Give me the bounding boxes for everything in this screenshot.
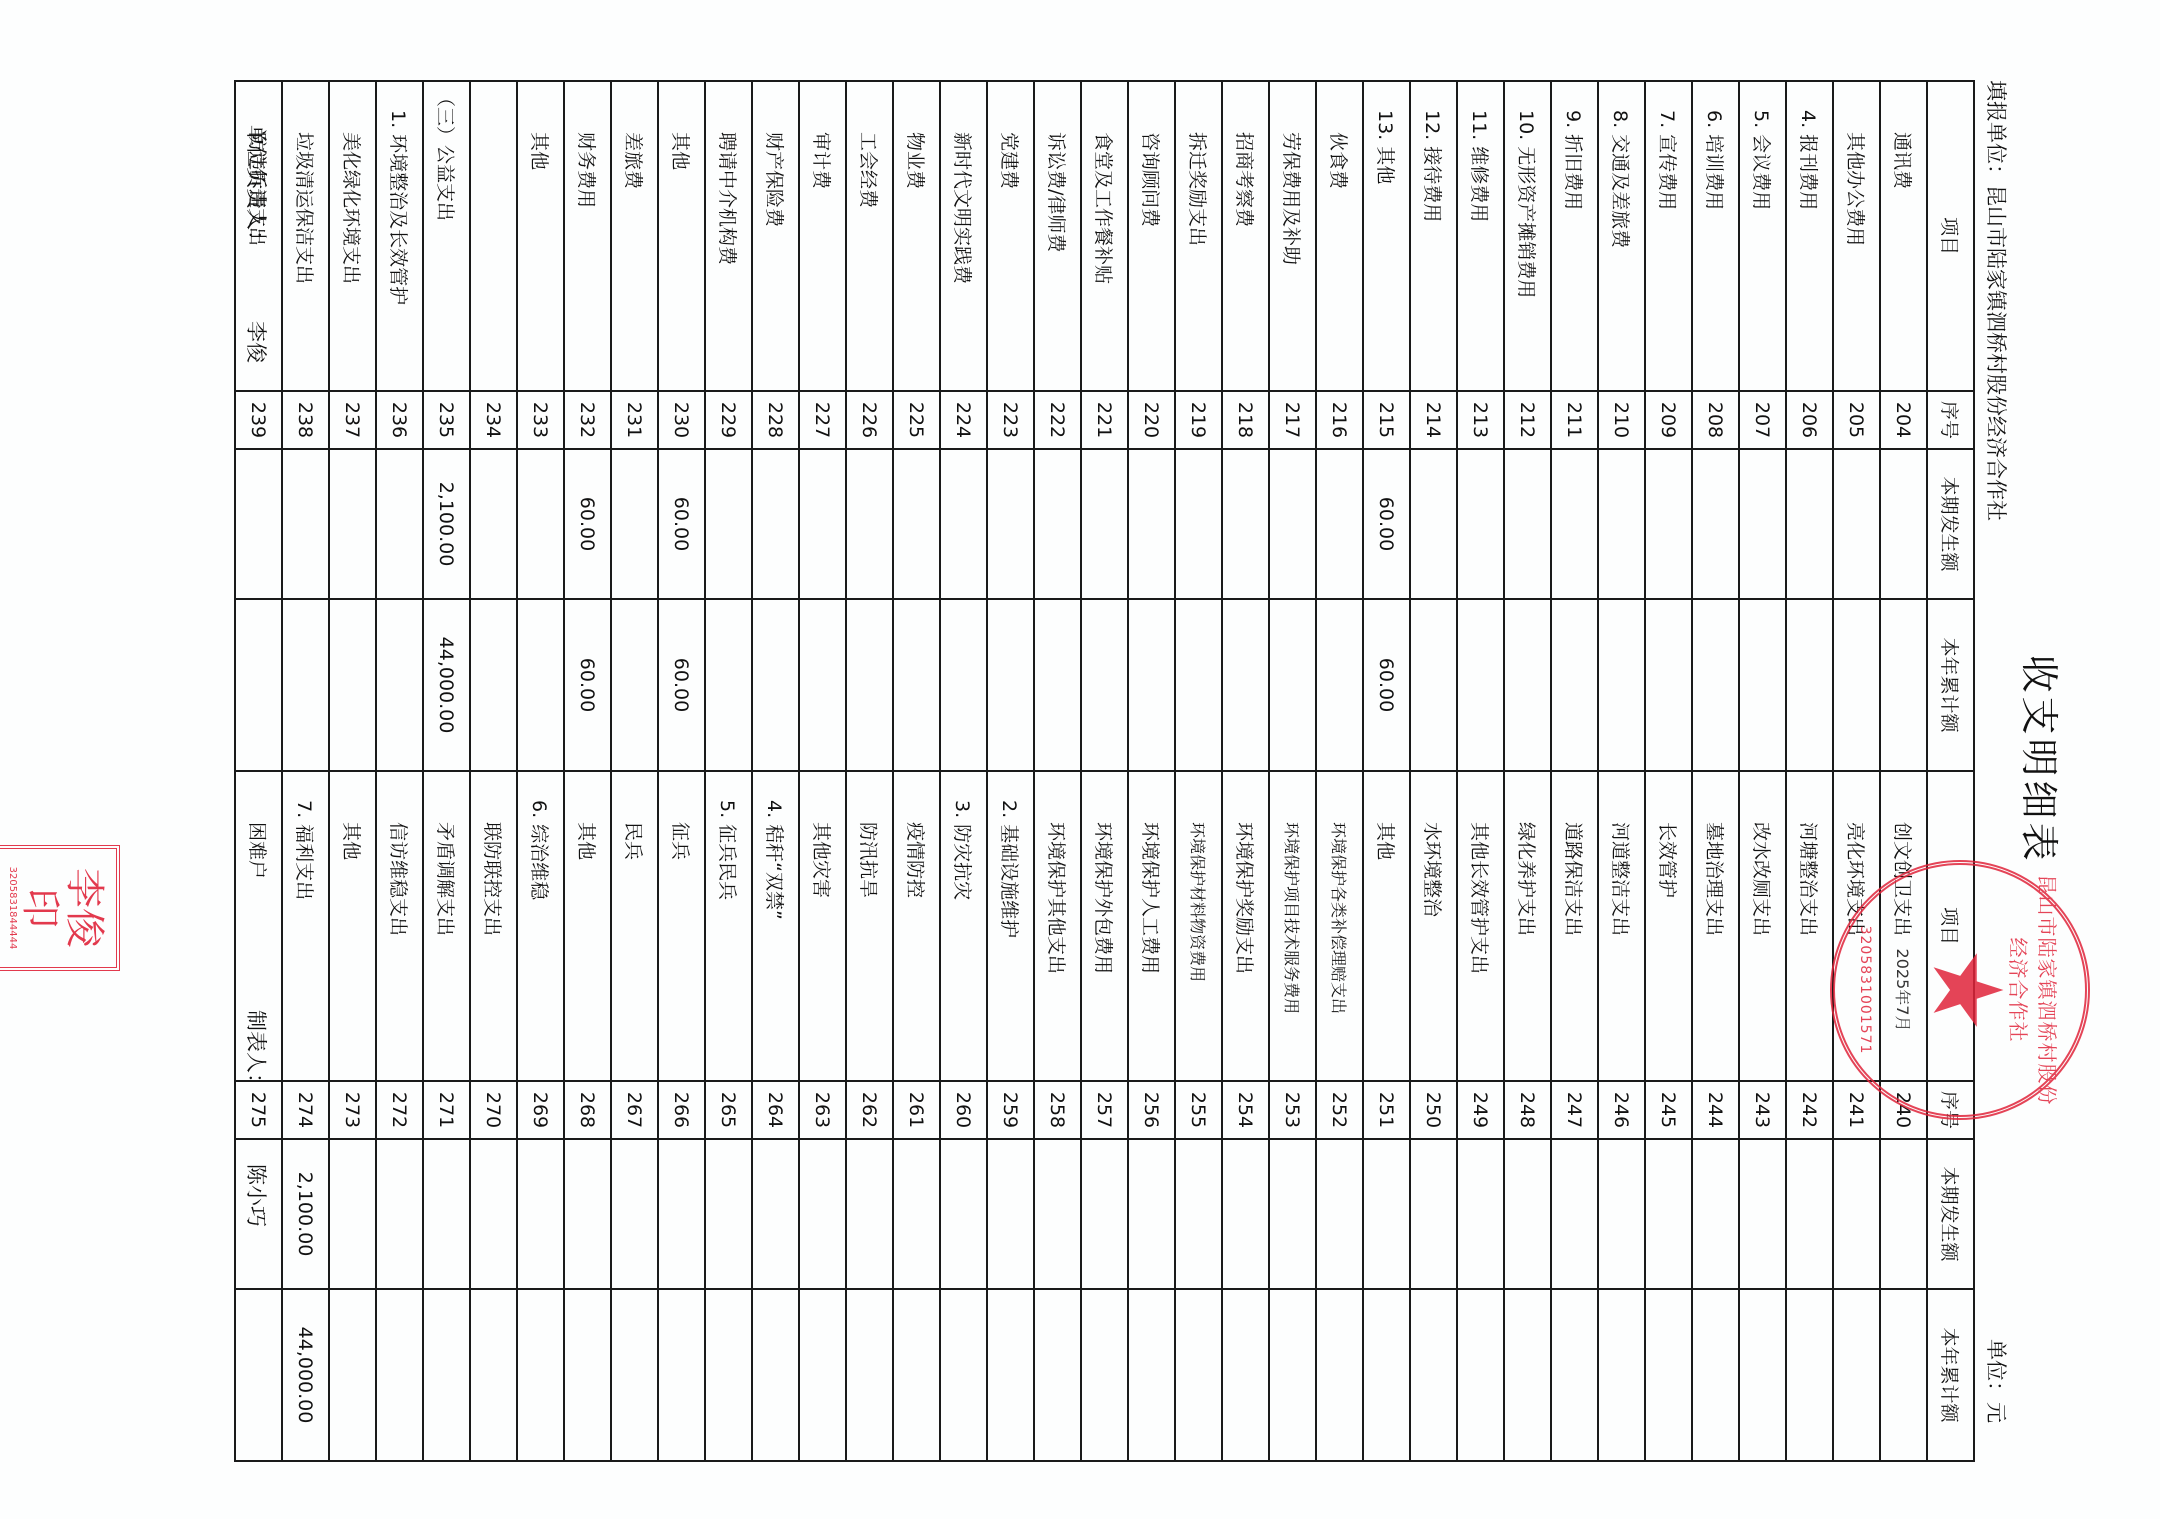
current-amount-cell bbox=[1551, 1139, 1598, 1289]
item-cell: 联防联控支出 bbox=[470, 771, 517, 1081]
seq-cell: 239 bbox=[235, 391, 282, 449]
item-cell: 环境保护项目技术服务费用 bbox=[1269, 771, 1316, 1081]
item-cell: 招商考察费 bbox=[1222, 81, 1269, 391]
current-amount-cell bbox=[987, 1139, 1034, 1289]
seq-cell: 237 bbox=[329, 391, 376, 449]
item-cell: 3. 防灾抗灾 bbox=[940, 771, 987, 1081]
seq-cell: 238 bbox=[282, 391, 329, 449]
table-row: 咨询顾问费220环境保护人工费用256 bbox=[1128, 81, 1175, 1461]
current-amount-cell bbox=[1457, 1139, 1504, 1289]
personal-seal-text: 李俊印 bbox=[19, 849, 107, 967]
preparer-label: 制表人： bbox=[244, 1010, 268, 1094]
table-row: 美化绿化环境支出237其他273 bbox=[329, 81, 376, 1461]
current-amount-cell bbox=[1504, 1139, 1551, 1289]
ytd-amount-cell bbox=[1833, 1289, 1880, 1461]
current-amount-cell bbox=[658, 1139, 705, 1289]
current-amount-cell bbox=[1269, 449, 1316, 599]
reporting-unit-label: 填报单位： bbox=[1984, 80, 2008, 185]
current-amount-cell bbox=[1598, 449, 1645, 599]
ytd-amount-cell: 44,000.00 bbox=[423, 599, 470, 771]
seq-cell: 253 bbox=[1269, 1081, 1316, 1139]
item-cell: 9. 折旧费用 bbox=[1551, 81, 1598, 391]
table-row: 工会经费226防汛抗旱262 bbox=[846, 81, 893, 1461]
ytd-amount-cell bbox=[1081, 1289, 1128, 1461]
current-amount-cell bbox=[705, 449, 752, 599]
current-amount-cell bbox=[1833, 449, 1880, 599]
item-cell: 亮化环境支出 bbox=[1833, 771, 1880, 1081]
ytd-amount-cell bbox=[423, 1289, 470, 1461]
seq-cell: 247 bbox=[1551, 1081, 1598, 1139]
unit-head-label: 单位负责人： bbox=[244, 125, 268, 251]
seq-cell: 270 bbox=[470, 1081, 517, 1139]
item-cell bbox=[470, 81, 517, 391]
item-cell: 1. 环境整治及长效管护 bbox=[376, 81, 423, 391]
table-row: 财务费用23260.0060.00其他268 bbox=[564, 81, 611, 1461]
item-cell: 其他灾害 bbox=[799, 771, 846, 1081]
current-amount-cell bbox=[799, 449, 846, 599]
current-amount-cell bbox=[1880, 449, 1927, 599]
reporting-unit: 填报单位：昆山市陆家镇泗桥村股份经济合作社 bbox=[1982, 80, 2012, 521]
seq-cell: 261 bbox=[893, 1081, 940, 1139]
seq-cell: 223 bbox=[987, 391, 1034, 449]
table-row: 拆迁奖励支出219环境保护材料物资费用255 bbox=[1175, 81, 1222, 1461]
item-cell: 环境保护外包费用 bbox=[1081, 771, 1128, 1081]
table-row: 党建费2232. 基础设施维护259 bbox=[987, 81, 1034, 1461]
table-row: 招商考察费218环境保护奖励支出254 bbox=[1222, 81, 1269, 1461]
ytd-amount-cell bbox=[987, 1289, 1034, 1461]
item-cell: 改水改厕支出 bbox=[1739, 771, 1786, 1081]
item-cell: 环境保护各类补偿理赔支出 bbox=[1316, 771, 1363, 1081]
seq-cell: 225 bbox=[893, 391, 940, 449]
ytd-amount-cell bbox=[376, 1289, 423, 1461]
seq-cell: 229 bbox=[705, 391, 752, 449]
ytd-amount-cell bbox=[1880, 599, 1927, 771]
item-cell: 审计费 bbox=[799, 81, 846, 391]
ytd-amount-cell bbox=[1128, 1289, 1175, 1461]
ytd-amount-cell bbox=[987, 599, 1034, 771]
table-row: 其他2336. 综治维稳269 bbox=[517, 81, 564, 1461]
item-cell: 其他 bbox=[658, 81, 705, 391]
current-amount-cell bbox=[752, 1139, 799, 1289]
seq-cell: 211 bbox=[1551, 391, 1598, 449]
current-amount-cell bbox=[1457, 449, 1504, 599]
ytd-amount-cell bbox=[1598, 599, 1645, 771]
item-cell: 其他 bbox=[517, 81, 564, 391]
ytd-amount-cell bbox=[1316, 1289, 1363, 1461]
current-amount-cell bbox=[1034, 1139, 1081, 1289]
ytd-amount-cell bbox=[1645, 1289, 1692, 1461]
item-cell: 2. 基础设施维护 bbox=[987, 771, 1034, 1081]
ytd-amount-cell bbox=[329, 1289, 376, 1461]
seq-cell: 226 bbox=[846, 391, 893, 449]
ytd-amount-cell bbox=[1645, 599, 1692, 771]
preparer-name: 陈小巧 bbox=[244, 1164, 268, 1227]
current-amount-cell bbox=[1504, 449, 1551, 599]
item-cell: 10. 无形资产摊销费用 bbox=[1504, 81, 1551, 391]
item-cell: 7. 宣传费用 bbox=[1645, 81, 1692, 391]
seq-cell: 240 bbox=[1880, 1081, 1927, 1139]
current-amount-cell bbox=[470, 449, 517, 599]
table-row: 财产保险费2284. 秸秆“双禁”264 bbox=[752, 81, 799, 1461]
item-cell: 信访维稳支出 bbox=[376, 771, 423, 1081]
current-amount-cell bbox=[1645, 449, 1692, 599]
seq-cell: 255 bbox=[1175, 1081, 1222, 1139]
ytd-amount-cell bbox=[1880, 1289, 1927, 1461]
seq-cell: 212 bbox=[1504, 391, 1551, 449]
current-amount-cell bbox=[1786, 1139, 1833, 1289]
ytd-amount-cell bbox=[470, 599, 517, 771]
seq-cell: 260 bbox=[940, 1081, 987, 1139]
item-cell: 财产保险费 bbox=[752, 81, 799, 391]
item-cell: 新时代文明实践费 bbox=[940, 81, 987, 391]
unit-head-name: 李俊 bbox=[244, 321, 268, 363]
seq-cell: 217 bbox=[1269, 391, 1316, 449]
ytd-amount-cell bbox=[1222, 1289, 1269, 1461]
ledger-body: 通讯费204创文创卫支出240其他办公费用205亮化环境支出2414. 报刊费用… bbox=[235, 81, 1927, 1461]
seq-cell: 267 bbox=[611, 1081, 658, 1139]
seq-cell: 272 bbox=[376, 1081, 423, 1139]
item-cell: 绿化养护支出 bbox=[1504, 771, 1551, 1081]
item-cell: 征兵 bbox=[658, 771, 705, 1081]
ytd-amount-cell bbox=[1739, 599, 1786, 771]
current-amount-cell bbox=[376, 1139, 423, 1289]
ytd-amount-cell bbox=[1175, 599, 1222, 771]
seq-cell: 234 bbox=[470, 391, 517, 449]
ytd-amount-cell bbox=[470, 1289, 517, 1461]
ytd-amount-cell bbox=[611, 599, 658, 771]
table-row: 6. 培训费用208墓地治理支出244 bbox=[1692, 81, 1739, 1461]
current-amount-cell: 60.00 bbox=[1363, 449, 1410, 599]
ytd-amount-cell bbox=[1504, 599, 1551, 771]
ytd-amount-cell bbox=[705, 599, 752, 771]
table-row: 1. 环境整治及长效管护236信访维稳支出272 bbox=[376, 81, 423, 1461]
current-amount-cell bbox=[893, 1139, 940, 1289]
item-cell: 河塘整治支出 bbox=[1786, 771, 1833, 1081]
item-cell: 其他 bbox=[564, 771, 611, 1081]
seq-cell: 227 bbox=[799, 391, 846, 449]
table-row: 12. 接待费用214水环境整治250 bbox=[1410, 81, 1457, 1461]
ytd-amount-cell bbox=[376, 599, 423, 771]
item-cell: 环境保护材料物资费用 bbox=[1175, 771, 1222, 1081]
seq-cell: 231 bbox=[611, 391, 658, 449]
current-amount-cell bbox=[987, 449, 1034, 599]
table-row: （三）公益支出2352,100.0044,000.00矛盾调解支出271 bbox=[423, 81, 470, 1461]
seq-cell: 254 bbox=[1222, 1081, 1269, 1139]
ytd-amount-cell bbox=[940, 599, 987, 771]
current-amount-cell bbox=[1034, 449, 1081, 599]
seq-cell: 224 bbox=[940, 391, 987, 449]
item-cell: 食堂及工作餐补贴 bbox=[1081, 81, 1128, 391]
seq-cell: 271 bbox=[423, 1081, 470, 1139]
item-cell: 矛盾调解支出 bbox=[423, 771, 470, 1081]
current-amount-cell bbox=[329, 449, 376, 599]
seq-cell: 246 bbox=[1598, 1081, 1645, 1139]
table-row: 234联防联控支出270 bbox=[470, 81, 517, 1461]
ytd-amount-cell bbox=[329, 599, 376, 771]
item-cell: 其他长效管护支出 bbox=[1457, 771, 1504, 1081]
current-amount-cell bbox=[940, 1139, 987, 1289]
ytd-amount-cell bbox=[1175, 1289, 1222, 1461]
current-amount-cell bbox=[1222, 1139, 1269, 1289]
ytd-amount-cell bbox=[1410, 1289, 1457, 1461]
seq-cell: 250 bbox=[1410, 1081, 1457, 1139]
col-header-current: 本期发生额 bbox=[1927, 1139, 1974, 1289]
seq-cell: 208 bbox=[1692, 391, 1739, 449]
seq-cell: 241 bbox=[1833, 1081, 1880, 1139]
ytd-amount-cell: 60.00 bbox=[658, 599, 705, 771]
seq-cell: 248 bbox=[1504, 1081, 1551, 1139]
item-cell: 物业费 bbox=[893, 81, 940, 391]
seq-cell: 249 bbox=[1457, 1081, 1504, 1139]
current-amount-cell bbox=[611, 1139, 658, 1289]
item-cell: 伙食费 bbox=[1316, 81, 1363, 391]
footer-preparer: 制表人：陈小巧 bbox=[242, 1010, 272, 1227]
current-amount-cell bbox=[1081, 1139, 1128, 1289]
item-cell: 5. 会议费用 bbox=[1739, 81, 1786, 391]
seq-cell: 262 bbox=[846, 1081, 893, 1139]
ytd-amount-cell bbox=[564, 1289, 611, 1461]
ytd-amount-cell bbox=[846, 1289, 893, 1461]
seq-cell: 222 bbox=[1034, 391, 1081, 449]
seq-cell: 263 bbox=[799, 1081, 846, 1139]
item-cell: 6. 培训费用 bbox=[1692, 81, 1739, 391]
table-row: 伙食费216环境保护各类补偿理赔支出252 bbox=[1316, 81, 1363, 1461]
item-cell: 拆迁奖励支出 bbox=[1175, 81, 1222, 391]
current-amount-cell bbox=[1269, 1139, 1316, 1289]
current-amount-cell: 2,100.00 bbox=[423, 449, 470, 599]
item-cell: 民兵 bbox=[611, 771, 658, 1081]
ytd-amount-cell bbox=[1410, 599, 1457, 771]
ytd-amount-cell bbox=[893, 1289, 940, 1461]
current-amount-cell: 2,100.00 bbox=[282, 1139, 329, 1289]
footer-unit-head: 单位负责人：李俊 bbox=[242, 125, 272, 363]
table-row: 新时代文明实践费2243. 防灾抗灾260 bbox=[940, 81, 987, 1461]
item-cell: 7. 福利支出 bbox=[282, 771, 329, 1081]
seq-cell: 219 bbox=[1175, 391, 1222, 449]
item-cell: 6. 综治维稳 bbox=[517, 771, 564, 1081]
current-amount-cell bbox=[1128, 449, 1175, 599]
seq-cell: 264 bbox=[752, 1081, 799, 1139]
item-cell: 通讯费 bbox=[1880, 81, 1927, 391]
seq-cell: 230 bbox=[658, 391, 705, 449]
seq-cell: 218 bbox=[1222, 391, 1269, 449]
seq-cell: 221 bbox=[1081, 391, 1128, 449]
seq-cell: 265 bbox=[705, 1081, 752, 1139]
seq-cell: 213 bbox=[1457, 391, 1504, 449]
seq-cell: 242 bbox=[1786, 1081, 1833, 1139]
ytd-amount-cell bbox=[1786, 599, 1833, 771]
currency-unit: 单位：元 bbox=[1982, 1339, 2012, 1423]
current-amount-cell bbox=[1739, 1139, 1786, 1289]
ytd-amount-cell bbox=[752, 599, 799, 771]
ytd-amount-cell bbox=[282, 599, 329, 771]
personal-seal: 李俊印 3205831844444 bbox=[0, 845, 120, 971]
ytd-amount-cell bbox=[1081, 599, 1128, 771]
ytd-amount-cell bbox=[940, 1289, 987, 1461]
item-cell: 8. 交通及差旅费 bbox=[1598, 81, 1645, 391]
current-amount-cell bbox=[470, 1139, 517, 1289]
current-amount-cell bbox=[1363, 1139, 1410, 1289]
current-amount-cell: 60.00 bbox=[658, 449, 705, 599]
current-amount-cell bbox=[1410, 449, 1457, 599]
ytd-amount-cell bbox=[1269, 1289, 1316, 1461]
col-header-seq: 序号 bbox=[1927, 391, 1974, 449]
item-cell: 防汛抗旱 bbox=[846, 771, 893, 1081]
personal-seal-code: 3205831844444 bbox=[8, 867, 19, 950]
ytd-amount-cell: 60.00 bbox=[564, 599, 611, 771]
ytd-amount-cell bbox=[1692, 599, 1739, 771]
item-cell: 党建费 bbox=[987, 81, 1034, 391]
item-cell: 环境保护其他支出 bbox=[1034, 771, 1081, 1081]
table-row: 7. 宣传费用209长效管护245 bbox=[1645, 81, 1692, 1461]
table-row: 8. 交通及差旅费210河道整洁支出246 bbox=[1598, 81, 1645, 1461]
item-cell: 其他办公费用 bbox=[1833, 81, 1880, 391]
ytd-amount-cell bbox=[1598, 1289, 1645, 1461]
item-cell: 4. 报刊费用 bbox=[1786, 81, 1833, 391]
ytd-amount-cell bbox=[1316, 599, 1363, 771]
item-cell: 河道整洁支出 bbox=[1598, 771, 1645, 1081]
current-amount-cell bbox=[752, 449, 799, 599]
seq-cell: 245 bbox=[1645, 1081, 1692, 1139]
item-cell: 5. 征兵民兵 bbox=[705, 771, 752, 1081]
ytd-amount-cell bbox=[1833, 599, 1880, 771]
document-title: 收支明细表 bbox=[2015, 0, 2070, 1519]
current-amount-cell bbox=[1880, 1139, 1927, 1289]
seq-cell: 243 bbox=[1739, 1081, 1786, 1139]
col-header-ytd: 本年累计额 bbox=[1927, 599, 1974, 771]
current-amount-cell bbox=[940, 449, 987, 599]
ytd-amount-cell bbox=[1504, 1289, 1551, 1461]
table-row: 5. 会议费用207改水改厕支出243 bbox=[1739, 81, 1786, 1461]
ytd-amount-cell: 44,000.00 bbox=[282, 1289, 329, 1461]
item-cell: 其他 bbox=[1363, 771, 1410, 1081]
current-amount-cell bbox=[517, 1139, 564, 1289]
current-amount-cell bbox=[1692, 1139, 1739, 1289]
current-amount-cell bbox=[893, 449, 940, 599]
current-amount-cell bbox=[1645, 1139, 1692, 1289]
ytd-amount-cell bbox=[893, 599, 940, 771]
col-header-item: 项目 bbox=[1927, 81, 1974, 391]
item-cell: 墓地治理支出 bbox=[1692, 771, 1739, 1081]
ytd-amount-cell bbox=[517, 599, 564, 771]
col-header-current: 本期发生额 bbox=[1927, 449, 1974, 599]
current-amount-cell bbox=[1786, 449, 1833, 599]
col-header-item: 项目 bbox=[1927, 771, 1974, 1081]
ytd-amount-cell bbox=[705, 1289, 752, 1461]
current-amount-cell bbox=[611, 449, 658, 599]
ytd-amount-cell bbox=[799, 1289, 846, 1461]
current-amount-cell bbox=[1316, 1139, 1363, 1289]
seq-cell: 251 bbox=[1363, 1081, 1410, 1139]
current-amount-cell bbox=[799, 1139, 846, 1289]
ytd-amount-cell bbox=[1269, 599, 1316, 771]
ytd-amount-cell bbox=[235, 1289, 282, 1461]
ledger-table: 项目 序号 本期发生额 本年累计额 项目 序号 本期发生额 本年累计额 通讯费2… bbox=[234, 80, 1975, 1462]
seq-cell: 205 bbox=[1833, 391, 1880, 449]
item-cell: 咨询顾问费 bbox=[1128, 81, 1175, 391]
current-amount-cell bbox=[1081, 449, 1128, 599]
seq-cell: 214 bbox=[1410, 391, 1457, 449]
current-amount-cell bbox=[1175, 1139, 1222, 1289]
current-amount-cell bbox=[1833, 1139, 1880, 1289]
ytd-amount-cell bbox=[1128, 599, 1175, 771]
item-cell: 工会经费 bbox=[846, 81, 893, 391]
current-amount-cell bbox=[1692, 449, 1739, 599]
ytd-amount-cell bbox=[1457, 1289, 1504, 1461]
seq-cell: 235 bbox=[423, 391, 470, 449]
seq-cell: 274 bbox=[282, 1081, 329, 1139]
col-header-seq: 序号 bbox=[1927, 1081, 1974, 1139]
current-amount-cell bbox=[846, 449, 893, 599]
current-amount-cell bbox=[1175, 449, 1222, 599]
item-cell: 诉讼费/律师费 bbox=[1034, 81, 1081, 391]
seq-cell: 266 bbox=[658, 1081, 705, 1139]
current-amount-cell bbox=[1598, 1139, 1645, 1289]
current-amount-cell bbox=[376, 449, 423, 599]
current-amount-cell bbox=[1128, 1139, 1175, 1289]
ytd-amount-cell bbox=[517, 1289, 564, 1461]
current-amount-cell bbox=[423, 1139, 470, 1289]
table-row: 13. 其他21560.0060.00其他251 bbox=[1363, 81, 1410, 1461]
table-row: 审计费227其他灾害263 bbox=[799, 81, 846, 1461]
seq-cell: 257 bbox=[1081, 1081, 1128, 1139]
ytd-amount-cell bbox=[1363, 1289, 1410, 1461]
current-amount-cell bbox=[282, 449, 329, 599]
table-row: 聘请中介机构费2295. 征兵民兵265 bbox=[705, 81, 752, 1461]
current-amount-cell: 60.00 bbox=[564, 449, 611, 599]
current-amount-cell bbox=[517, 449, 564, 599]
seq-cell: 210 bbox=[1598, 391, 1645, 449]
table-row: 差旅费231民兵267 bbox=[611, 81, 658, 1461]
current-amount-cell bbox=[1739, 449, 1786, 599]
ytd-amount-cell bbox=[1222, 599, 1269, 771]
seq-cell: 252 bbox=[1316, 1081, 1363, 1139]
table-row: 9. 折旧费用211道路保洁支出247 bbox=[1551, 81, 1598, 1461]
ytd-amount-cell bbox=[1034, 1289, 1081, 1461]
seq-cell: 209 bbox=[1645, 391, 1692, 449]
ytd-amount-cell bbox=[611, 1289, 658, 1461]
item-cell: 其他 bbox=[329, 771, 376, 1081]
seq-cell: 232 bbox=[564, 391, 611, 449]
item-cell: （三）公益支出 bbox=[423, 81, 470, 391]
table-row: 通讯费204创文创卫支出240 bbox=[1880, 81, 1927, 1461]
seq-cell: 244 bbox=[1692, 1081, 1739, 1139]
ytd-amount-cell bbox=[1457, 599, 1504, 771]
ytd-amount-cell: 60.00 bbox=[1363, 599, 1410, 771]
seq-cell: 256 bbox=[1128, 1081, 1175, 1139]
seq-cell: 228 bbox=[752, 391, 799, 449]
current-amount-cell bbox=[846, 1139, 893, 1289]
seq-cell: 259 bbox=[987, 1081, 1034, 1139]
item-cell: 4. 秸秆“双禁” bbox=[752, 771, 799, 1081]
ytd-amount-cell bbox=[235, 599, 282, 771]
document-page: 收支明细表 填报单位：昆山市陆家镇泗桥村股份经济合作社 单位：元 项目 序号 本… bbox=[0, 0, 2160, 1519]
seq-cell: 206 bbox=[1786, 391, 1833, 449]
item-cell: 疫情防控 bbox=[893, 771, 940, 1081]
ytd-amount-cell bbox=[1739, 1289, 1786, 1461]
ytd-amount-cell bbox=[846, 599, 893, 771]
item-cell: 美化绿化环境支出 bbox=[329, 81, 376, 391]
seq-cell: 233 bbox=[517, 391, 564, 449]
ytd-amount-cell bbox=[1692, 1289, 1739, 1461]
ytd-amount-cell bbox=[1551, 1289, 1598, 1461]
item-cell: 聘请中介机构费 bbox=[705, 81, 752, 391]
table-header-row: 项目 序号 本期发生额 本年累计额 项目 序号 本期发生额 本年累计额 bbox=[1927, 81, 1974, 1461]
item-cell: 12. 接待费用 bbox=[1410, 81, 1457, 391]
current-amount-cell bbox=[1551, 449, 1598, 599]
item-cell: 劳保费用及补助 bbox=[1269, 81, 1316, 391]
current-amount-cell bbox=[329, 1139, 376, 1289]
